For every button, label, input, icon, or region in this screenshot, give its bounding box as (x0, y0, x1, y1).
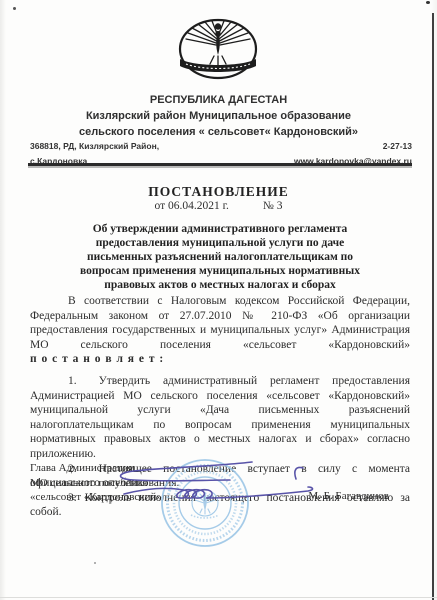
address-line-1: 368818, РД, Кизлярский Район, (30, 139, 159, 154)
district-name: Кизлярский район Муниципальное образован… (0, 108, 437, 124)
item-number: 1. (68, 375, 77, 387)
subject-line: письменных разъяснений налогоплательщика… (30, 250, 410, 264)
document-subject: Об утверждении административного регламе… (30, 222, 410, 292)
document-date: от 06.04.2021 г. (154, 200, 228, 212)
subject-line: правовых актов о местных налогах и сбора… (30, 278, 410, 292)
email-address: www.kardonovka@yandex.ru (294, 154, 412, 169)
scan-speck (426, 1, 430, 4)
header-divider-rule (28, 163, 412, 166)
settlement-name: сельского поселения « сельсовет« Кардоно… (0, 124, 437, 140)
intro-paragraph: В соответствии с Налоговым кодексом Росс… (30, 294, 410, 367)
phone-number: 2-27-13 (294, 139, 412, 154)
document-type-title: ПОСТАНОВЛЕНИЕ (0, 184, 437, 200)
scanned-document-page: РЕСПУБЛИКА ДАГЕСТАН Кизлярский район Мун… (0, 0, 437, 600)
document-dateline: от 06.04.2021 г. № 3 (0, 200, 437, 212)
subject-line: Об утверждении административного регламе… (30, 222, 410, 236)
subject-line: предоставления муниципальной услуги по д… (30, 236, 410, 250)
handwritten-signature-icon (100, 452, 420, 514)
org-header: РЕСПУБЛИКА ДАГЕСТАН Кизлярский район Мун… (0, 92, 437, 140)
republic-name: РЕСПУБЛИКА ДАГЕСТАН (0, 92, 437, 108)
scan-edge-artifact (0, 597, 437, 598)
scan-speck (13, 7, 16, 10)
document-number: № 3 (263, 200, 283, 212)
dagestan-coat-of-arms-icon (172, 16, 264, 84)
intro-text: В соответствии с Налоговым кодексом Росс… (30, 295, 410, 351)
resolution-item-1: 1.Утвердить административный регламент п… (30, 374, 410, 462)
decree-word: п о с т а н о в л я е т : (30, 353, 164, 365)
scan-speck (94, 562, 96, 564)
subject-line: вопросам применения муниципальных нормат… (30, 264, 410, 278)
item-text: Утвердить административный регламент пре… (30, 375, 410, 460)
address-line-2: с.Кардоновка (30, 154, 159, 169)
